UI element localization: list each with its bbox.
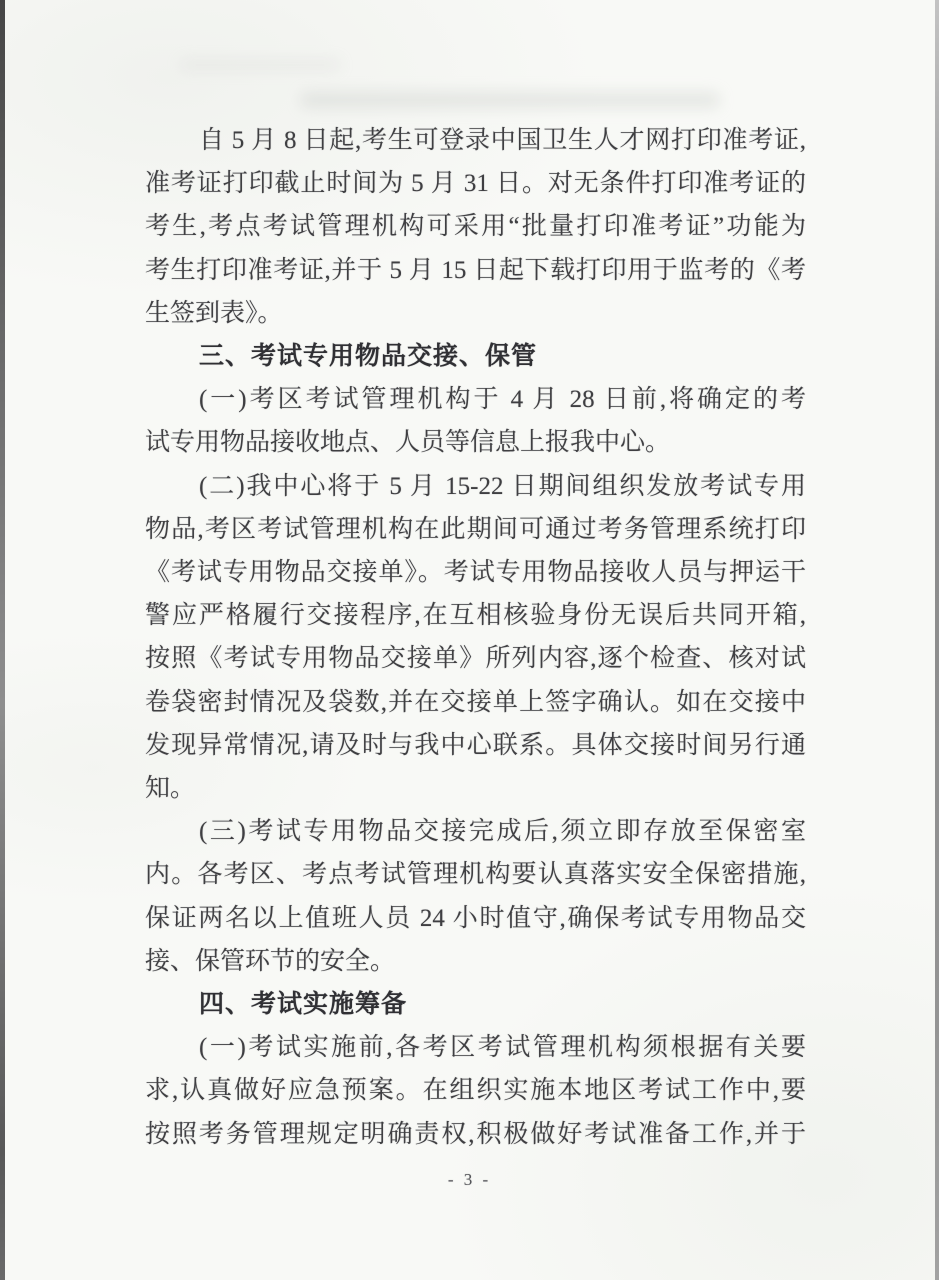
paragraph-line: (二)我中心将于 5 月 15-22 日期间组织发放考试专用	[145, 465, 806, 508]
scan-edge-right	[935, 0, 939, 1280]
paragraph-line: (一)考区考试管理机构于 4 月 28 日前,将确定的考	[145, 378, 806, 421]
scan-edge-left	[0, 0, 5, 1280]
paragraph-line: 按照《考试专用物品交接单》所列内容,逐个检查、核对试	[145, 637, 806, 680]
paragraph-line: 内。各考区、考点考试管理机构要认真落实安全保密措施,	[145, 853, 806, 896]
paragraph-line: 《考试专用物品交接单》。考试专用物品接收人员与押运干	[145, 551, 806, 594]
paragraph-line: 试专用物品接收地点、人员等信息上报我中心。	[145, 421, 806, 464]
paragraph-line: 求,认真做好应急预案。在组织实施本地区考试工作中,要	[145, 1069, 806, 1112]
paragraph-line: 卷袋密封情况及袋数,并在交接单上签字确认。如在交接中	[145, 681, 806, 724]
paragraph-line: 保证两名以上值班人员 24 小时值守,确保考试专用物品交	[145, 897, 806, 940]
paragraph-line: 发现异常情况,请及时与我中心联系。具体交接时间另行通	[145, 724, 806, 767]
paragraph-line: 考生,考点考试管理机构可采用“批量打印准考证”功能为	[145, 205, 806, 248]
paragraph-line: 生签到表》。	[145, 292, 806, 335]
paragraph-line: 准考证打印截止时间为 5 月 31 日。对无条件打印准考证的	[145, 162, 806, 205]
section-heading: 四、考试实施筹备	[145, 983, 806, 1026]
paragraph-line: 接、保管环节的安全。	[145, 940, 806, 983]
paragraph-line: 警应严格履行交接程序,在互相核验身份无误后共同开箱,	[145, 594, 806, 637]
scan-smudge	[180, 60, 340, 70]
section-heading: 三、考试专用物品交接、保管	[145, 335, 806, 378]
paragraph-line: (一)考试实施前,各考区考试管理机构须根据有关要	[145, 1026, 806, 1069]
paragraph-line: (三)考试专用物品交接完成后,须立即存放至保密室	[145, 810, 806, 853]
document-body: 自 5 月 8 日起,考生可登录中国卫生人才网打印准考证, 准考证打印截止时间为…	[145, 119, 806, 1156]
page-number: - 3 -	[0, 1170, 939, 1190]
paragraph-line: 知。	[145, 767, 806, 810]
scan-smudge	[300, 92, 720, 108]
paragraph-line: 物品,考区考试管理机构在此期间可通过考务管理系统打印	[145, 508, 806, 551]
paragraph-line: 考生打印准考证,并于 5 月 15 日起下载打印用于监考的《考	[145, 249, 806, 292]
document-page: 自 5 月 8 日起,考生可登录中国卫生人才网打印准考证, 准考证打印截止时间为…	[0, 0, 939, 1280]
paragraph-line: 自 5 月 8 日起,考生可登录中国卫生人才网打印准考证,	[145, 119, 806, 162]
paragraph-line: 按照考务管理规定明确责权,积极做好考试准备工作,并于	[145, 1113, 806, 1156]
